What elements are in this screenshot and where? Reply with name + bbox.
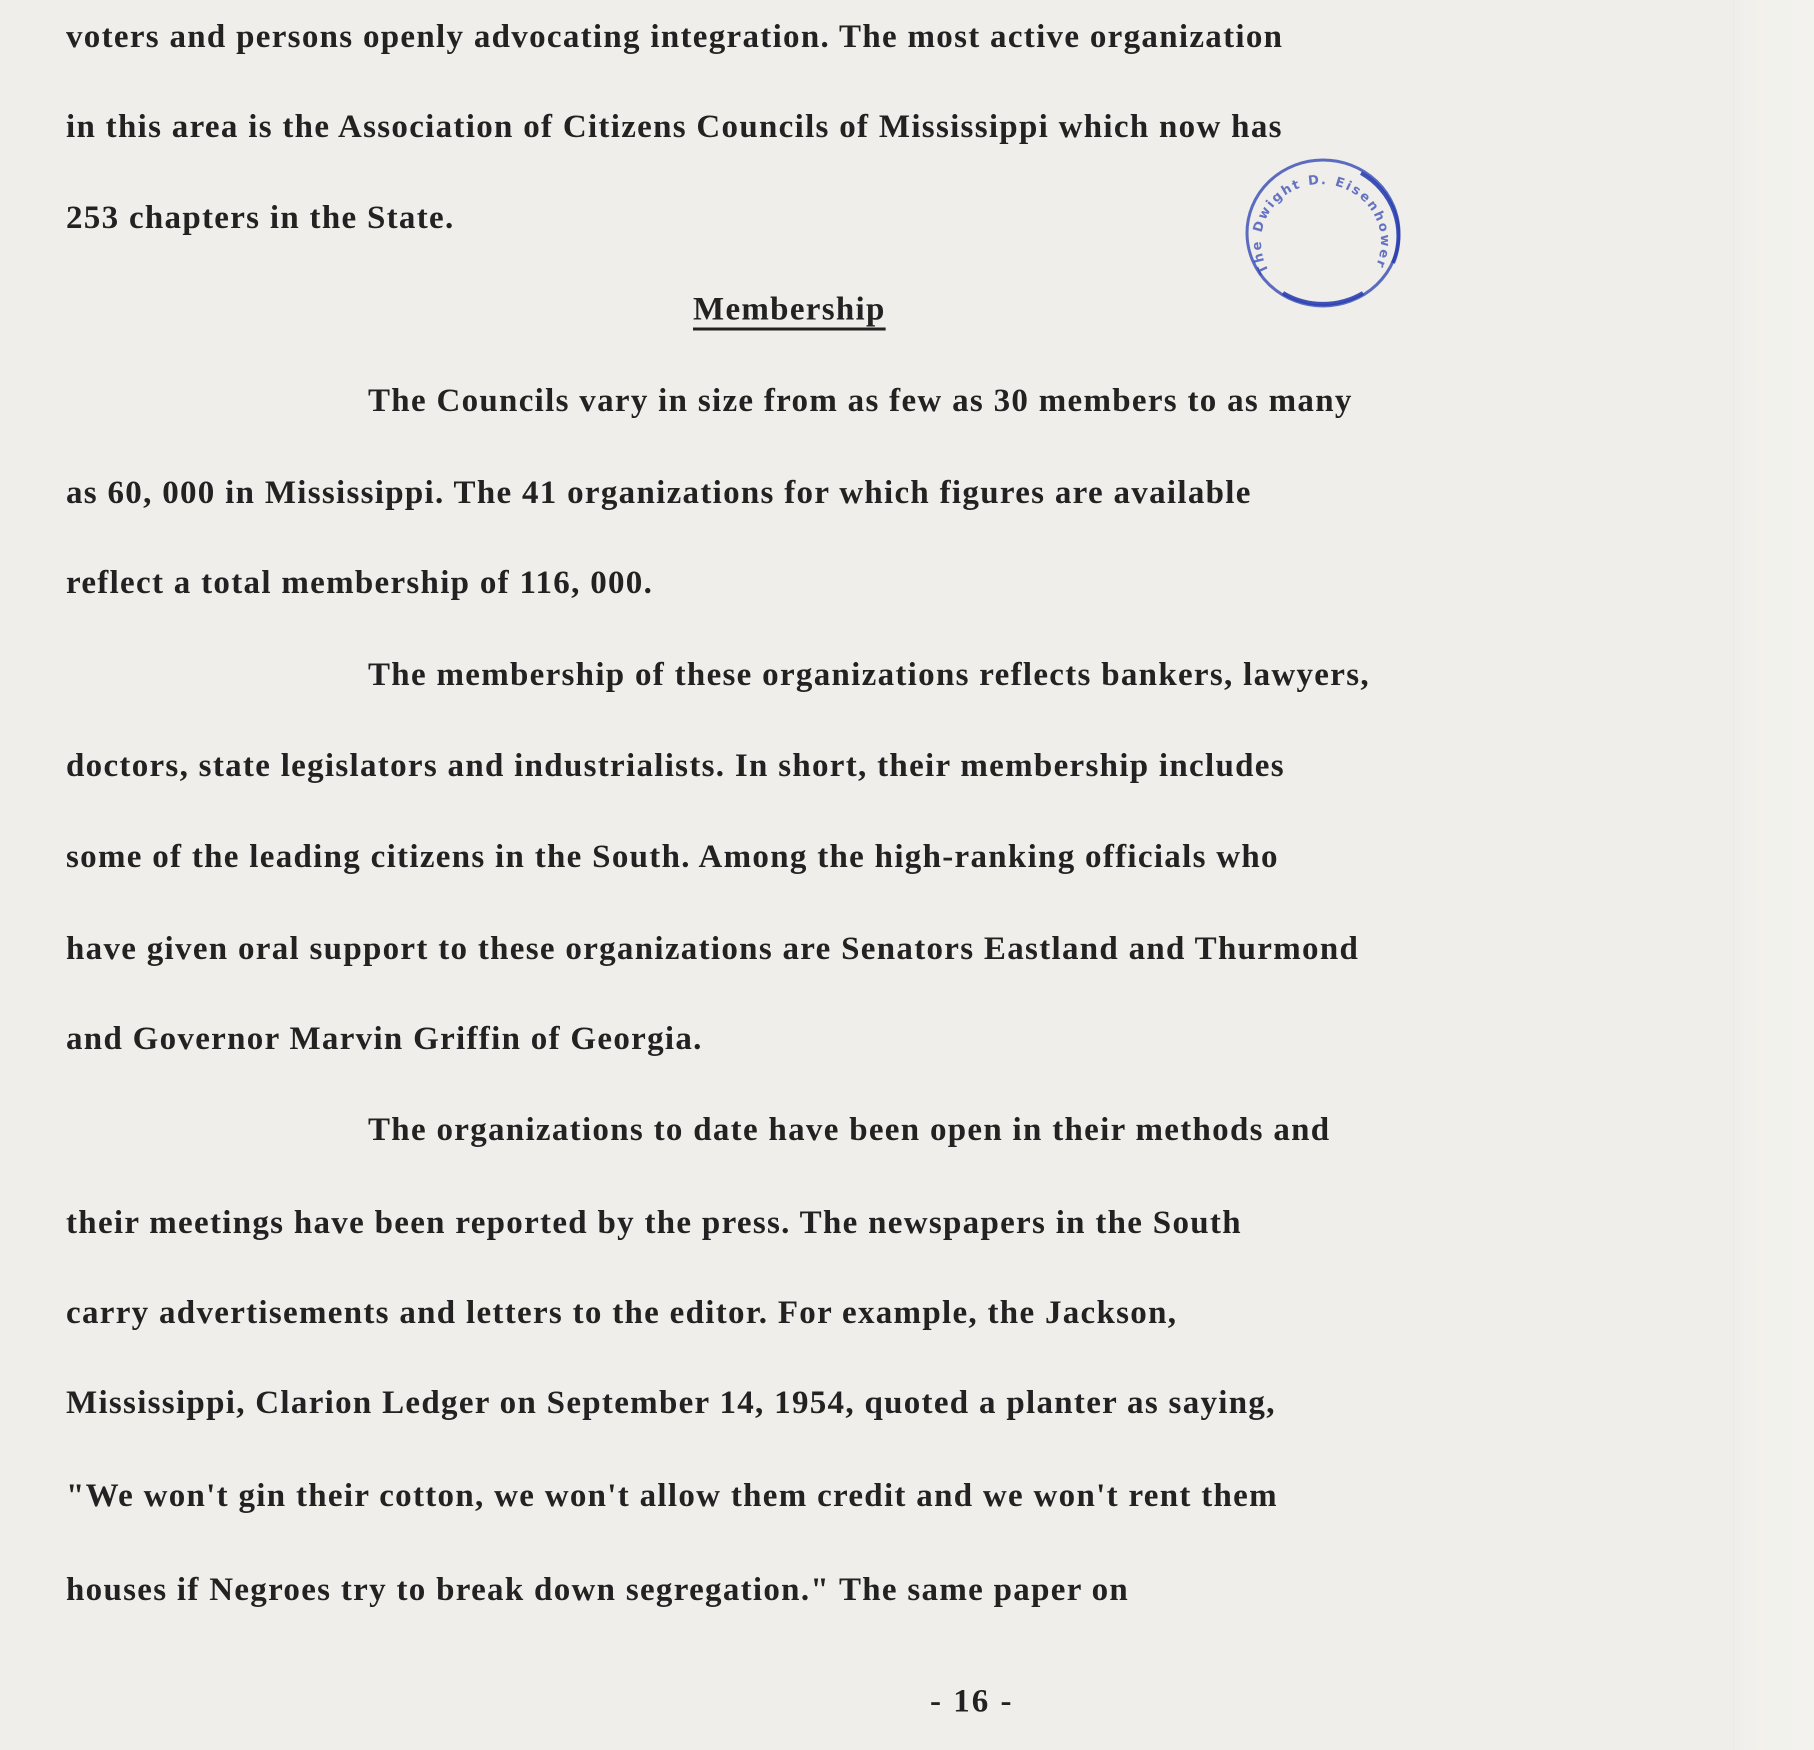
text-line: their meetings have been reported by the… xyxy=(66,1203,1242,1243)
text-line: Mississippi, Clarion Ledger on September… xyxy=(66,1383,1276,1423)
text-line: "We won't gin their cotton, we won't all… xyxy=(66,1476,1278,1516)
text-line: The Councils vary in size from as few as… xyxy=(368,381,1353,421)
text-line: have given oral support to these organiz… xyxy=(66,929,1359,969)
library-stamp-icon: The Dwight D. Eisenhower Library xyxy=(1243,153,1409,323)
section-heading: Membership xyxy=(693,292,886,329)
text-line: some of the leading citizens in the Sout… xyxy=(66,837,1279,877)
page-number: - 16 - xyxy=(930,1684,1013,1721)
text-line: and Governor Marvin Griffin of Georgia. xyxy=(66,1019,703,1059)
svg-text:The Dwight D. Eisenhower Libra: The Dwight D. Eisenhower Library xyxy=(1243,153,1392,278)
text-line: The membership of these organizations re… xyxy=(368,655,1370,695)
text-line: houses if Negroes try to break down segr… xyxy=(66,1570,1129,1610)
text-line: doctors, state legislators and industria… xyxy=(66,746,1285,786)
text-line: The organizations to date have been open… xyxy=(368,1110,1330,1150)
text-line: reflect a total membership of 116, 000. xyxy=(66,563,653,603)
text-line: as 60, 000 in Mississippi. The 41 organi… xyxy=(66,473,1252,513)
text-line: carry advertisements and letters to the … xyxy=(66,1293,1177,1333)
page-edge xyxy=(1733,0,1814,1750)
stamp-text: The Dwight D. Eisenhower Library xyxy=(1243,153,1392,278)
text-line: in this area is the Association of Citiz… xyxy=(66,107,1283,147)
text-line: 253 chapters in the State. xyxy=(66,198,455,238)
text-line: voters and persons openly advocating int… xyxy=(66,17,1283,57)
